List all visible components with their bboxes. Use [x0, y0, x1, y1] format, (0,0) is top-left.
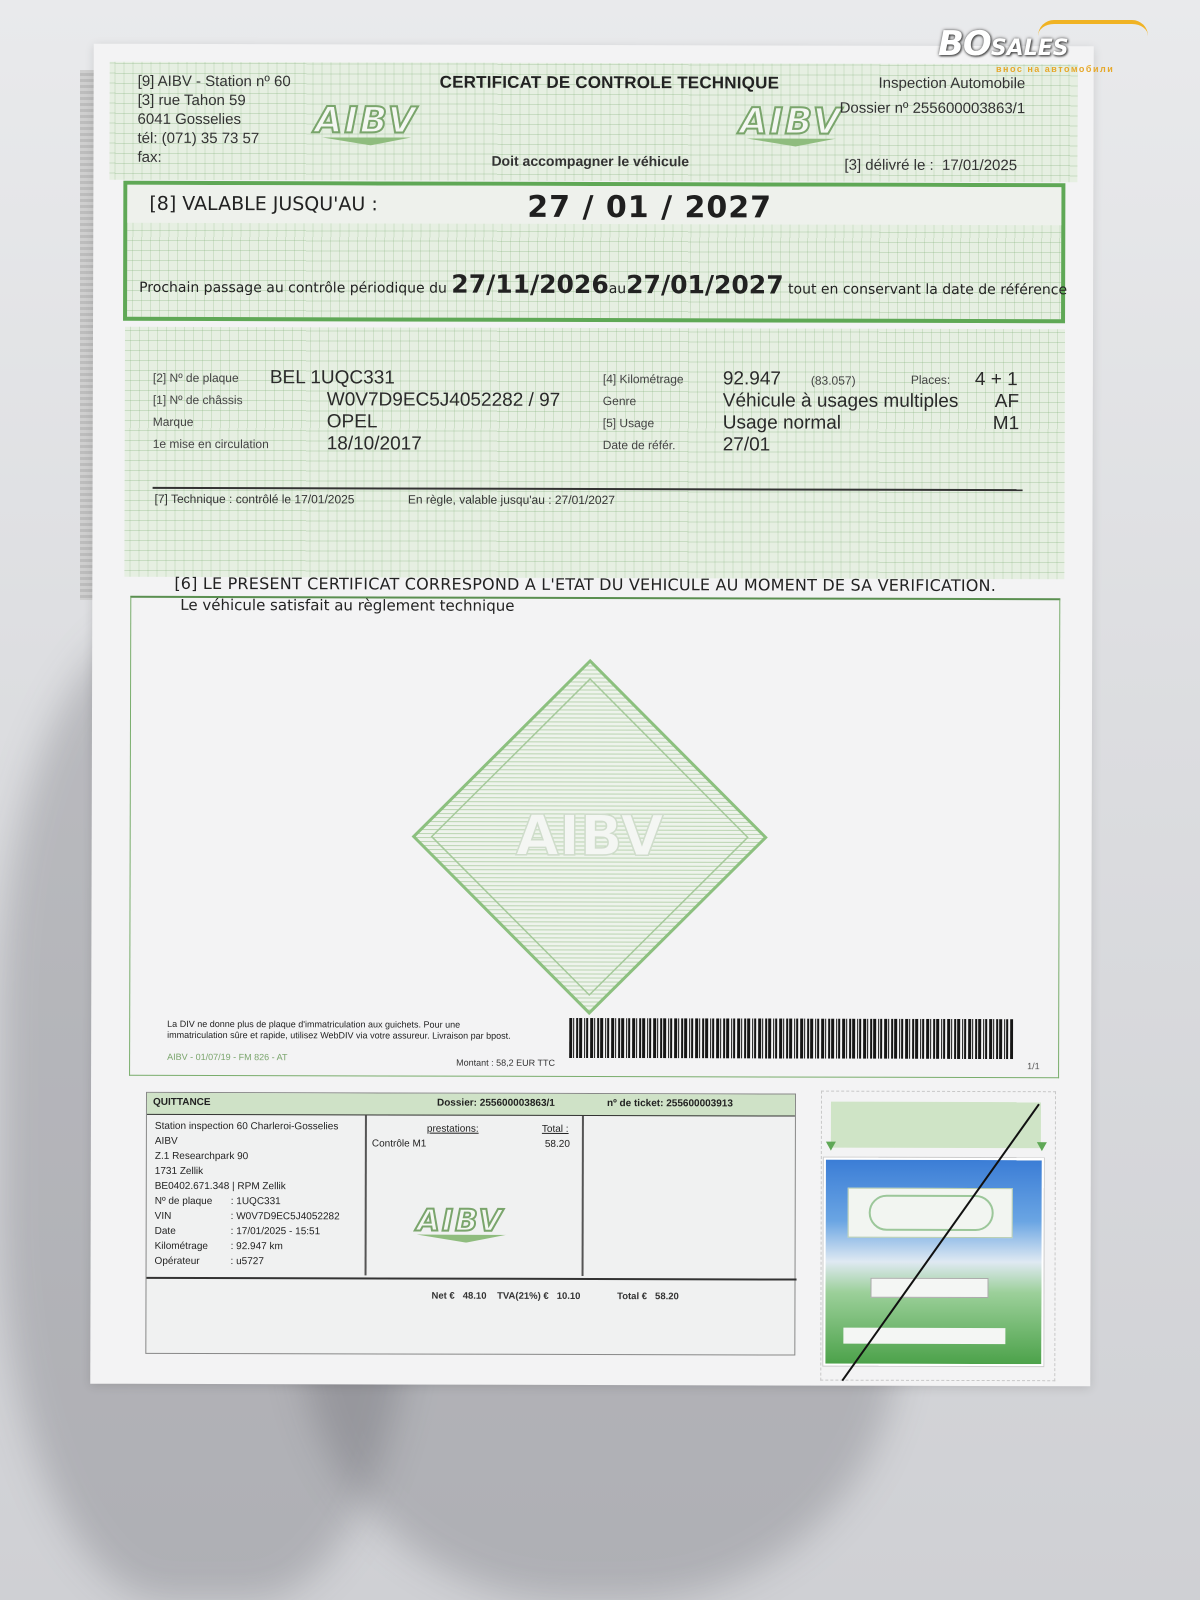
usage-value: Usage normal	[723, 412, 841, 434]
divider	[153, 487, 1023, 491]
receipt-station: Station inspection 60 Charleroi-Gosselie…	[155, 1119, 340, 1269]
page-number: 1/1	[1027, 1061, 1040, 1071]
vehicle-type-value: Véhicule à usages multiples	[723, 390, 959, 413]
plate-value: BEL 1UQC331	[270, 367, 395, 389]
vehicle-data: [2] Nº de plaque BEL 1UQC331 [1] Nº de c…	[124, 327, 1065, 579]
next-inspection-window: Prochain passage au contrôle périodique …	[139, 269, 1067, 300]
chassis-value: W0V7D9EC5J4052282 / 97	[327, 389, 560, 412]
void-slash	[820, 1096, 1061, 1387]
service-price: 58.20	[545, 1139, 570, 1150]
receipt-totals: Net €48.10 TVA(21%) €10.10 Total €58.20	[431, 1291, 686, 1303]
inspection-certificate: [9] AIBV - Station nº 60 [3] rue Tahon 5…	[90, 44, 1094, 1387]
amount: Montant : 58,2 EUR TTC	[456, 1058, 555, 1068]
delivery-date: [3] délivré le : 17/01/2025	[844, 157, 1017, 174]
service-item: Contrôle M1	[372, 1138, 426, 1149]
div-notice: La DIV ne donne plus de plaque d'immatri…	[167, 1019, 511, 1042]
dossier-info: Inspection Automobile Dossier nº 2556000…	[840, 74, 1026, 118]
form-code: AIBV - 01/07/19 - FM 826 - AT	[167, 1052, 287, 1062]
inspection-verdict: Le véhicule satisfait au règlement techn…	[180, 596, 514, 615]
bo-sales-logo: BOSALES внос на автомобили	[938, 18, 1158, 78]
mileage-value: 92.947	[723, 368, 781, 390]
validity-date: 27 / 01 / 2027	[527, 190, 772, 226]
reference-date-value: 27/01	[723, 434, 771, 456]
certificate-subtitle: Doit accompagner le véhicule	[491, 153, 689, 170]
certificate-statement: [6] LE PRESENT CERTIFICAT CORRESPOND A L…	[174, 574, 996, 595]
validity-label: [8] VALABLE JUSQU'AU :	[149, 193, 377, 216]
body-code: AF	[995, 391, 1019, 413]
station-address: [9] AIBV - Station nº 60 [3] rue Tahon 5…	[137, 72, 290, 167]
aibv-logo-receipt: AIBV	[417, 1204, 507, 1243]
svg-text:AIBV: AIBV	[516, 804, 665, 869]
vehicle-category: M1	[993, 413, 1019, 435]
technical-check: [7] Technique : contrôlé le 17/01/2025 E…	[155, 492, 615, 507]
barcode	[569, 1018, 1013, 1059]
seats-value: 4 + 1	[975, 369, 1018, 391]
previous-mileage: (83.057)	[811, 374, 856, 388]
first-registration-value: 18/10/2017	[327, 433, 422, 455]
receipt: QUITTANCE Dossier: 255600003863/1 nº de …	[145, 1092, 796, 1356]
receipt-header: QUITTANCE Dossier: 255600003863/1 nº de …	[147, 1093, 795, 1117]
certificate-title: CERTIFICAT DE CONTROLE TECHNIQUE	[440, 73, 780, 94]
aibv-pass-diamond-icon: AIBV	[409, 657, 770, 1018]
certificate-header: [9] AIBV - Station nº 60 [3] rue Tahon 5…	[109, 62, 1077, 183]
validity-box: [8] VALABLE JUSQU'AU : 27 / 01 / 2027 Pr…	[123, 181, 1065, 323]
aibv-logo-right: AIBV	[739, 101, 842, 146]
make-value: OPEL	[327, 411, 378, 433]
aibv-logo: AIBV	[314, 100, 417, 145]
